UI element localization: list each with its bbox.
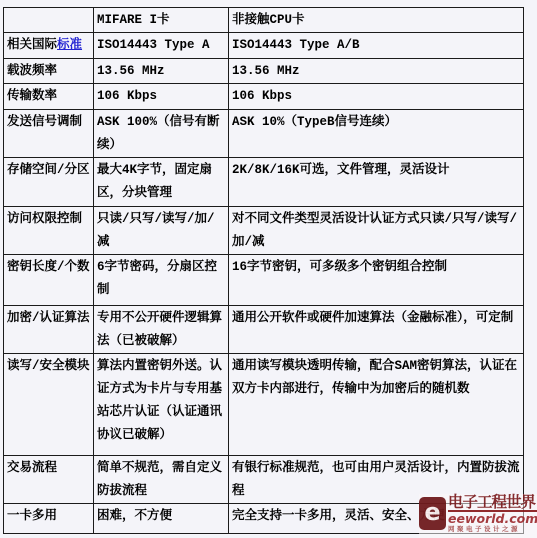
mifare-cell: 6字节密码，分扇区控制 [94, 255, 229, 306]
cpu-cell: ISO14443 Type A/B [229, 33, 524, 59]
row-label: 相关国际 [7, 38, 57, 52]
mifare-cell: 只读/只写/读写/加/减 [94, 207, 229, 255]
table-row: 访问权限控制 只读/只写/读写/加/减 对不同文件类型灵活设计认证方式只读/只写… [4, 207, 524, 255]
row-label-cell: 发送信号调制 [4, 110, 94, 158]
cpu-cell: 2K/8K/16K可选，文件管理，灵活设计 [229, 158, 524, 207]
mifare-cell: 算法内置密钥外送。认证方式为卡片与专用基站芯片认证（认证通讯协议已破解） [94, 354, 229, 456]
eeworld-site-url: eeworld.com.cn [448, 510, 537, 525]
table-row: 读写/安全模块 算法内置密钥外送。认证方式为卡片与专用基站芯片认证（认证通讯协议… [4, 354, 524, 456]
row-label-cell: 加密/认证算法 [4, 306, 94, 354]
mifare-cell: 专用不公开硬件逻辑算法（已被破解） [94, 306, 229, 354]
table-row: 发送信号调制 ASK 100%（信号有断续） ASK 10%（TypeB信号连续… [4, 110, 524, 158]
mifare-cell: 最大4K字节，固定扇区，分块管理 [94, 158, 229, 207]
eeworld-logo-icon: e [419, 497, 446, 530]
header-cpu-cell: 非接触CPU卡 [229, 8, 524, 33]
row-label-cell: 密钥长度/个数 [4, 255, 94, 306]
table-row: 存储空间/分区 最大4K字节，固定扇区，分块管理 2K/8K/16K可选，文件管… [4, 158, 524, 207]
table-row: 相关国际标准 ISO14443 Type A ISO14443 Type A/B [4, 33, 524, 59]
header-row: MIFARE I卡 非接触CPU卡 [4, 8, 524, 33]
cpu-cell: 16字节密钥，可多级多个密钥组合控制 [229, 255, 524, 306]
header-empty-cell [4, 8, 94, 33]
row-label-cell: 交易流程 [4, 456, 94, 504]
mifare-cell: ASK 100%（信号有断续） [94, 110, 229, 158]
row-label-cell: 载波频率 [4, 59, 94, 84]
mifare-cell: 13.56 MHz [94, 59, 229, 84]
cpu-cell: 对不同文件类型灵活设计认证方式只读/只写/读写/加/减 [229, 207, 524, 255]
mifare-cell: 简单不规范，需自定义防拔流程 [94, 456, 229, 504]
cpu-cell: ASK 10%（TypeB信号连续） [229, 110, 524, 158]
cpu-cell: 13.56 MHz [229, 59, 524, 84]
eeworld-watermark: e 电子工程世界 eeworld.com.cn 网聚电子设计之源 [419, 494, 537, 538]
table-row: 密钥长度/个数 6字节密码，分扇区控制 16字节密钥，可多级多个密钥组合控制 [4, 255, 524, 306]
card-comparison-table: MIFARE I卡 非接触CPU卡 相关国际标准 ISO14443 Type A… [3, 7, 524, 534]
cpu-cell: 通用公开软件或硬件加速算法（金融标准），可定制 [229, 306, 524, 354]
eeworld-slogan: 网聚电子设计之源 [448, 525, 537, 533]
table-row: 加密/认证算法 专用不公开硬件逻辑算法（已被破解） 通用公开软件或硬件加速算法（… [4, 306, 524, 354]
eeworld-site-name: 电子工程世界 [448, 494, 537, 510]
row-label-cell: 相关国际标准 [4, 33, 94, 59]
row-label-cell: 存储空间/分区 [4, 158, 94, 207]
row-label-cell: 访问权限控制 [4, 207, 94, 255]
standard-link[interactable]: 标准 [57, 38, 82, 52]
table-row: 载波频率 13.56 MHz 13.56 MHz [4, 59, 524, 84]
cpu-cell: 106 Kbps [229, 84, 524, 110]
mifare-cell: ISO14443 Type A [94, 33, 229, 59]
row-label-cell: 读写/安全模块 [4, 354, 94, 456]
cpu-cell: 通用读写模块透明传输，配合SAM密钥算法，认证在双方卡内部进行，传输中为加密后的… [229, 354, 524, 456]
page: MIFARE I卡 非接触CPU卡 相关国际标准 ISO14443 Type A… [0, 0, 537, 538]
header-mifare-cell: MIFARE I卡 [94, 8, 229, 33]
table-row: 传输数率 106 Kbps 106 Kbps [4, 84, 524, 110]
eeworld-watermark-text: 电子工程世界 eeworld.com.cn 网聚电子设计之源 [448, 494, 537, 533]
row-label-cell: 一卡多用 [4, 504, 94, 534]
row-label-cell: 传输数率 [4, 84, 94, 110]
mifare-cell: 106 Kbps [94, 84, 229, 110]
mifare-cell: 困难，不方便 [94, 504, 229, 534]
